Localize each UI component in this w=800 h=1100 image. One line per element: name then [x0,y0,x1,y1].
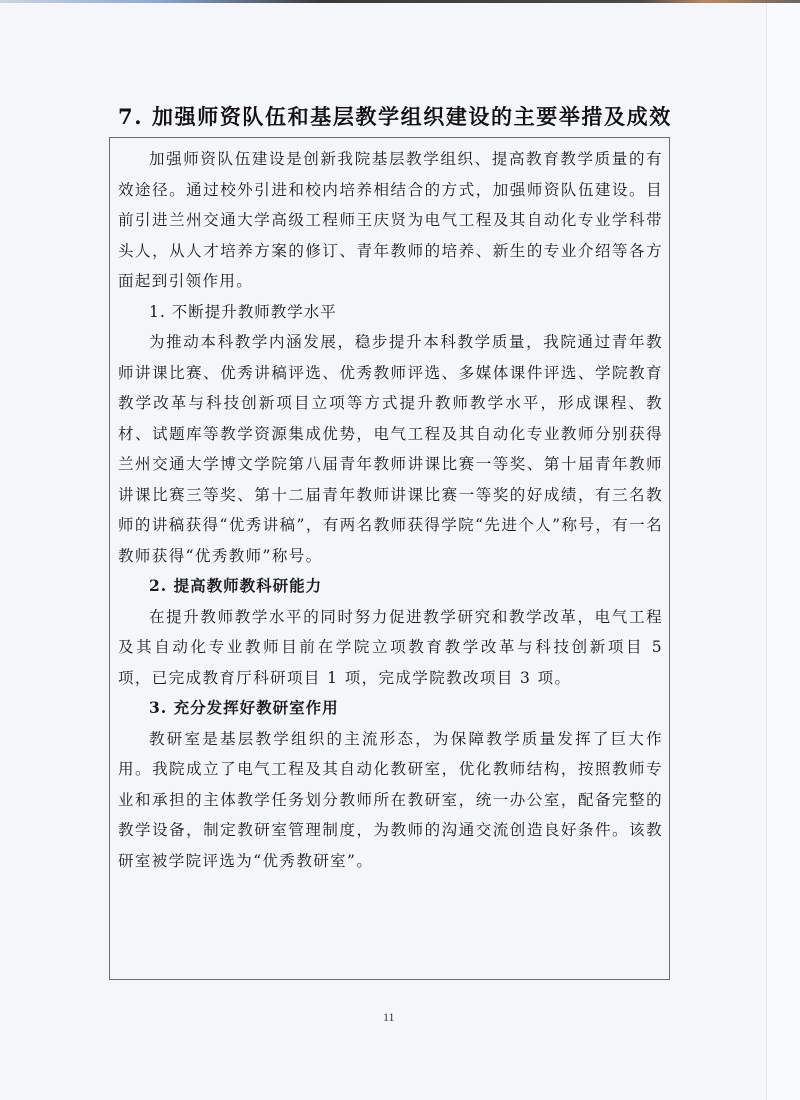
page-edge-margin [766,0,800,1100]
paragraph-teaching-office: 教研室是基层教学组织的主流形态，为保障教学质量发挥了巨大作用。我院成立了电气工程… [118,724,663,877]
content-body: 加强师资队伍建设是创新我院基层教学组织、提高教育教学质量的有效途径。通过校外引进… [118,144,663,876]
paragraph-teaching-level: 为推动本科教学内涵发展，稳步提升本科教学质量，我院通过青年教师讲课比赛、优秀讲稿… [118,327,663,571]
section-title: 7. 加强师资队伍和基层教学组织建设的主要举措及成效 [118,101,672,131]
subheading-teaching-office: 3. 充分发挥好教研室作用 [118,693,663,724]
page-number: 11 [383,1010,395,1025]
paragraph-research-ability: 在提升教师教学水平的同时努力促进教学研究和教学改革，电气工程及其自动化专业教师目… [118,602,663,694]
intro-paragraph: 加强师资队伍建设是创新我院基层教学组织、提高教育教学质量的有效途径。通过校外引进… [118,144,663,297]
subheading-research-ability: 2. 提高教师教科研能力 [118,571,663,602]
subheading-teaching-level: 1. 不断提升教师教学水平 [118,297,663,328]
scan-top-edge [0,0,800,3]
